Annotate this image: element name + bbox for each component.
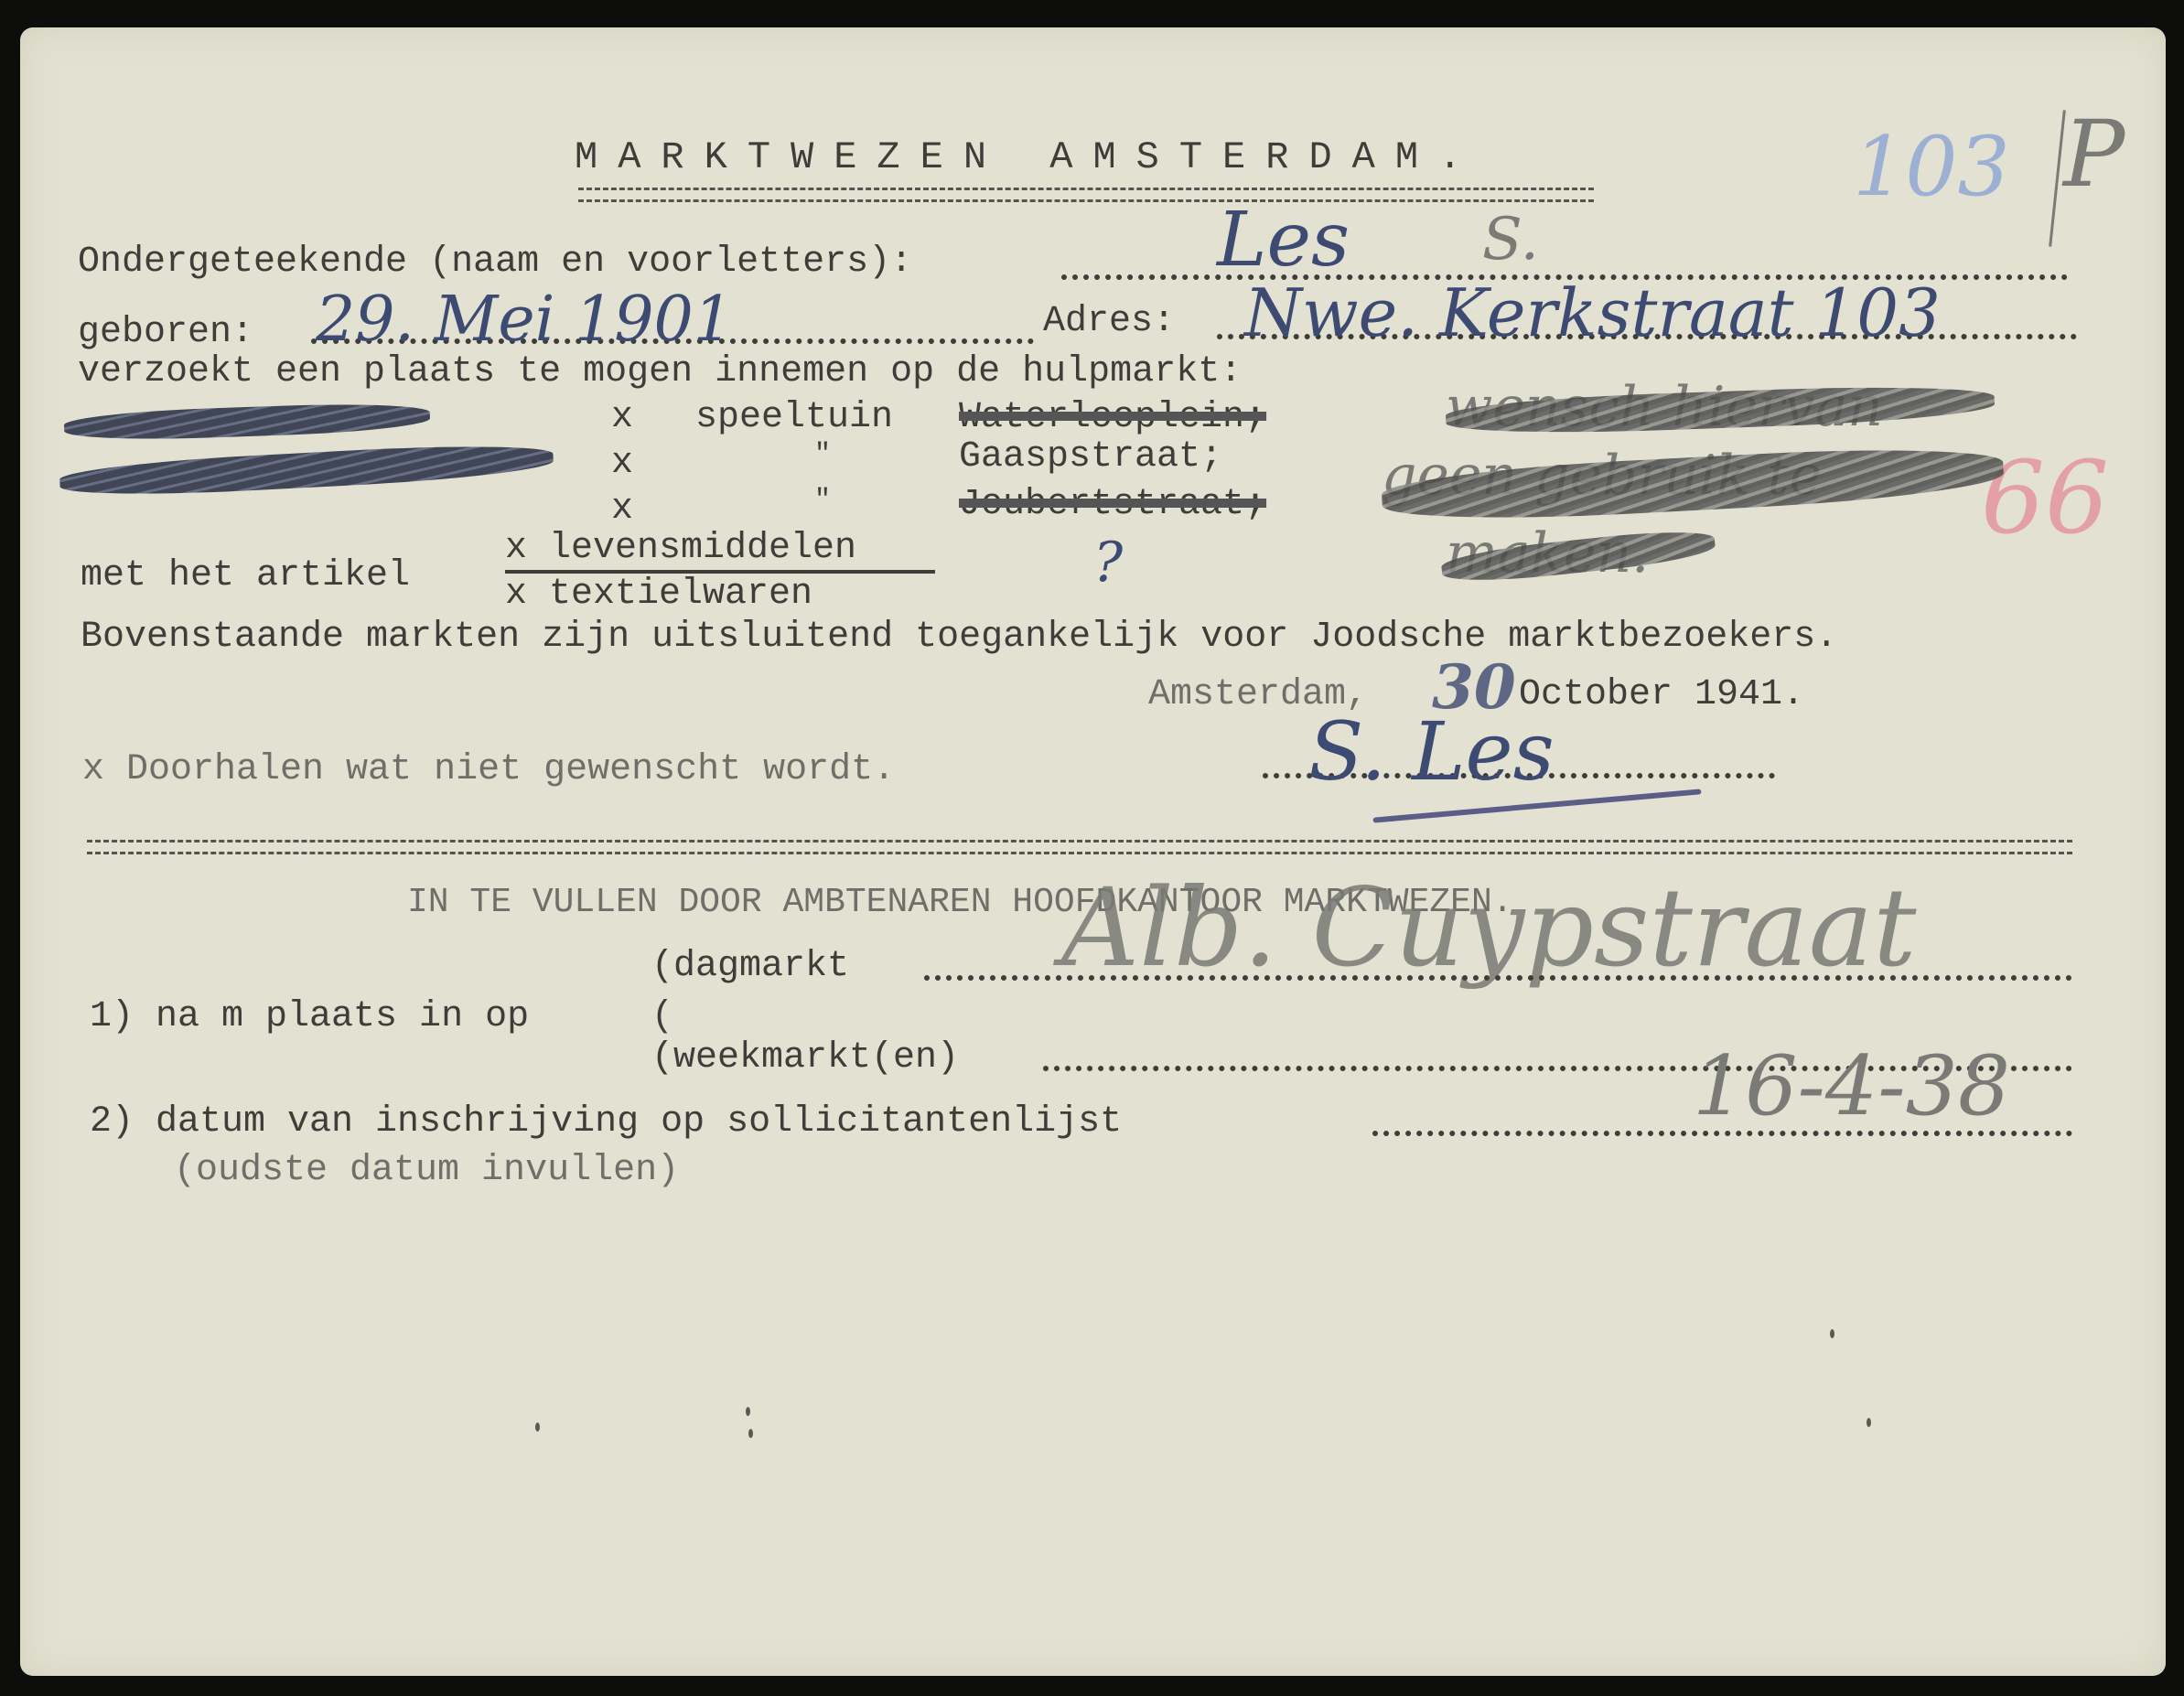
article-label: met het artikel xyxy=(81,556,410,596)
dagmarkt-dots xyxy=(924,975,2072,981)
born-label: geboren: xyxy=(78,313,253,353)
market-prefix-1: speeltuin xyxy=(695,398,893,438)
item2-label: 2) datum van inschrijving op sollicitant… xyxy=(90,1102,1122,1143)
address-value: Nwe. Kerkstraat 103 xyxy=(1244,274,1941,351)
margin-note-blue: 103 xyxy=(1853,119,2010,215)
market-marker-1: x xyxy=(611,398,633,438)
title-double-underline xyxy=(578,188,1594,202)
signature: S. Les xyxy=(1308,704,1555,799)
paper-speck xyxy=(746,1407,750,1416)
paper-speck xyxy=(1867,1418,1871,1427)
market-name-joubertstraat: Joubertstraat; xyxy=(959,485,1266,525)
market-marker-2: x xyxy=(611,444,633,484)
option-weekmarkt: (weekmarkt(en) xyxy=(651,1038,959,1079)
office-handwritten-market: Alb. Cuypstraat xyxy=(1061,864,1917,991)
paper-speck xyxy=(1830,1329,1834,1338)
section-divider xyxy=(87,840,2072,854)
option-dagmarkt: (dagmarkt xyxy=(651,947,849,987)
margin-note-red: 66 xyxy=(1981,439,2109,556)
item1-bracket: ( xyxy=(651,997,673,1037)
market-name-gaaspstraat: Gaaspstraat; xyxy=(959,437,1222,478)
document-title: MARKTWEZEN AMSTERDAM. xyxy=(575,137,1481,177)
request-text: verzoekt een plaats te mogen innemen op … xyxy=(78,352,1242,392)
address-label: Adres: xyxy=(1043,302,1175,342)
market-name-waterlooplein: Waterlooplein; xyxy=(959,398,1266,438)
signer-label: Ondergeteekende (naam en voorletters): xyxy=(78,242,912,283)
market-prefix-2: " xyxy=(814,435,831,475)
question-mark: ? xyxy=(1093,531,1123,595)
born-value: 29. Mei 1901 xyxy=(316,284,733,356)
margin-note-pencil: P xyxy=(2063,101,2125,208)
paper-speck xyxy=(748,1429,753,1438)
item1-label: 1) na m plaats in op xyxy=(90,997,529,1037)
market-marker-3: x xyxy=(611,489,633,530)
article-levensmiddelen: x levensmiddelen xyxy=(505,529,856,569)
market-prefix-3: " xyxy=(814,480,831,521)
signer-surname: Les xyxy=(1217,197,1350,284)
footnote: x Doorhalen wat niet gewenscht wordt. xyxy=(82,750,895,790)
article-textielwaren: x textielwaren xyxy=(505,574,812,615)
paper-speck xyxy=(535,1422,540,1432)
item2-date-value: 16-4-38 xyxy=(1693,1038,2010,1134)
date-month-year: October 1941. xyxy=(1519,675,1804,715)
notice-text: Bovenstaande markten zijn uitsluitend to… xyxy=(81,617,1837,658)
item2-sub: (oudste datum invullen) xyxy=(174,1151,679,1191)
signer-initial: S. xyxy=(1482,206,1539,274)
